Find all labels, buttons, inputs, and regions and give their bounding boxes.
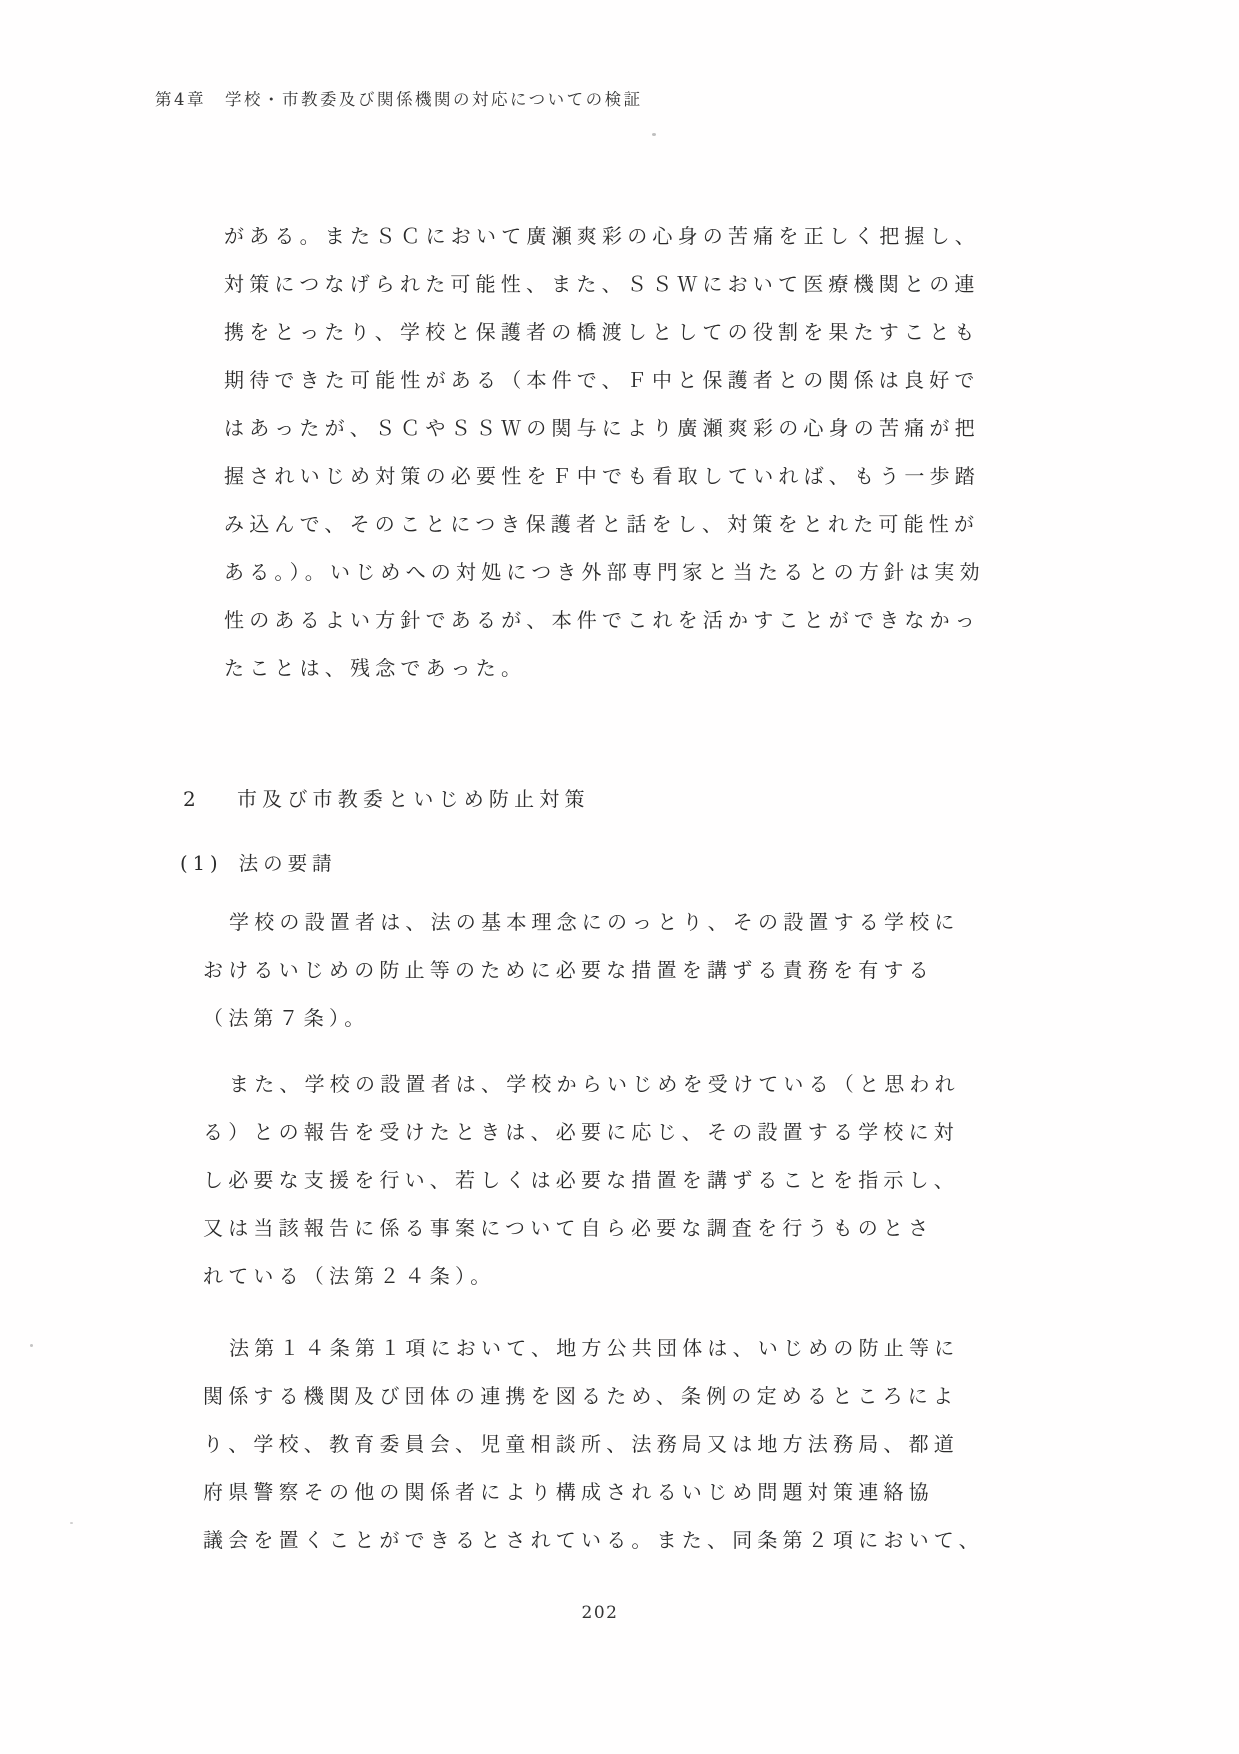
paragraph-law-article24: また、学校の設置者は、学校からいじめを受けている（と思われ る）との報告を受けた… [203, 1060, 960, 1300]
text-line: がある。またＳＣにおいて廣瀬爽彩の心身の苦痛を正しく把握し、 [224, 212, 985, 260]
text-line: たことは、残念であった。 [224, 644, 985, 692]
page-number: 202 [0, 1603, 1200, 1623]
scan-artifact-dot [652, 133, 656, 136]
text-line: また、学校の設置者は、学校からいじめを受けている（と思われ [203, 1060, 960, 1108]
text-line: し必要な支援を行い、若しくは必要な措置を講ずることを指示し、 [203, 1156, 960, 1204]
subsection-label: (1) [180, 852, 223, 875]
document-page: 第4章 学校・市教委及び関係機関の対応についての検証 がある。またＳＣにおいて廣… [0, 0, 1239, 1754]
text-line: ある。）。いじめへの対処につき外部専門家と当たるとの方針は実効 [224, 548, 985, 596]
text-line: み込んで、そのことにつき保護者と話をし、対策をとれた可能性が [224, 500, 985, 548]
text-line: おけるいじめの防止等のために必要な措置を講ずる責務を有する [203, 946, 960, 994]
text-line: 関係する機関及び団体の連携を図るため、条例の定めるところによ [203, 1372, 984, 1420]
text-line: り、学校、教育委員会、児童相談所、法務局又は地方法務局、都道 [203, 1420, 984, 1468]
text-line: 府県警察その他の関係者により構成されるいじめ問題対策連絡協 [203, 1468, 984, 1516]
text-line: 性のあるよい方針であるが、本件でこれを活かすことができなかっ [224, 596, 985, 644]
text-line: 携をとったり、学校と保護者の橋渡しとしての役割を果たすことも [224, 308, 985, 356]
text-line: はあったが、ＳＣやＳＳＷの関与により廣瀬爽彩の心身の苦痛が把 [224, 404, 985, 452]
section-title: 市及び市教委といじめ防止対策 [237, 787, 590, 811]
subsection-title: 法の要請 [239, 852, 337, 875]
text-line: （法第７条）。 [203, 994, 960, 1042]
section-number: 2 [183, 787, 201, 811]
text-line: 又は当該報告に係る事案について自ら必要な調査を行うものとさ [203, 1204, 960, 1252]
text-line: 対策につなげられた可能性、また、ＳＳＷにおいて医療機関との連 [224, 260, 985, 308]
text-line: 期待できた可能性がある（本件で、Ｆ中と保護者との関係は良好で [224, 356, 985, 404]
text-line: る）との報告を受けたときは、必要に応じ、その設置する学校に対 [203, 1108, 960, 1156]
paragraph-law-article7: 学校の設置者は、法の基本理念にのっとり、その設置する学校に おけるいじめの防止等… [203, 898, 960, 1042]
text-line: 議会を置くことができるとされている。また、同条第２項において、 [203, 1516, 984, 1564]
scan-artifact-dot [30, 1344, 33, 1347]
subsection-heading: (1)法の要請 [180, 848, 337, 876]
text-line: れている（法第２４条）。 [203, 1252, 960, 1300]
continued-paragraph: がある。またＳＣにおいて廣瀬爽彩の心身の苦痛を正しく把握し、 対策につなげられた… [224, 212, 985, 692]
scan-artifact-dot [70, 1522, 73, 1524]
text-line: 握されいじめ対策の必要性をＦ中でも看取していれば、もう一歩踏 [224, 452, 985, 500]
section-heading: 2市及び市教委といじめ防止対策 [183, 783, 590, 812]
text-line: 学校の設置者は、法の基本理念にのっとり、その設置する学校に [203, 898, 960, 946]
paragraph-law-article14: 法第１４条第１項において、地方公共団体は、いじめの防止等に 関係する機関及び団体… [203, 1324, 984, 1564]
chapter-header: 第4章 学校・市教委及び関係機関の対応についての検証 [155, 86, 643, 110]
text-line: 法第１４条第１項において、地方公共団体は、いじめの防止等に [203, 1324, 984, 1372]
